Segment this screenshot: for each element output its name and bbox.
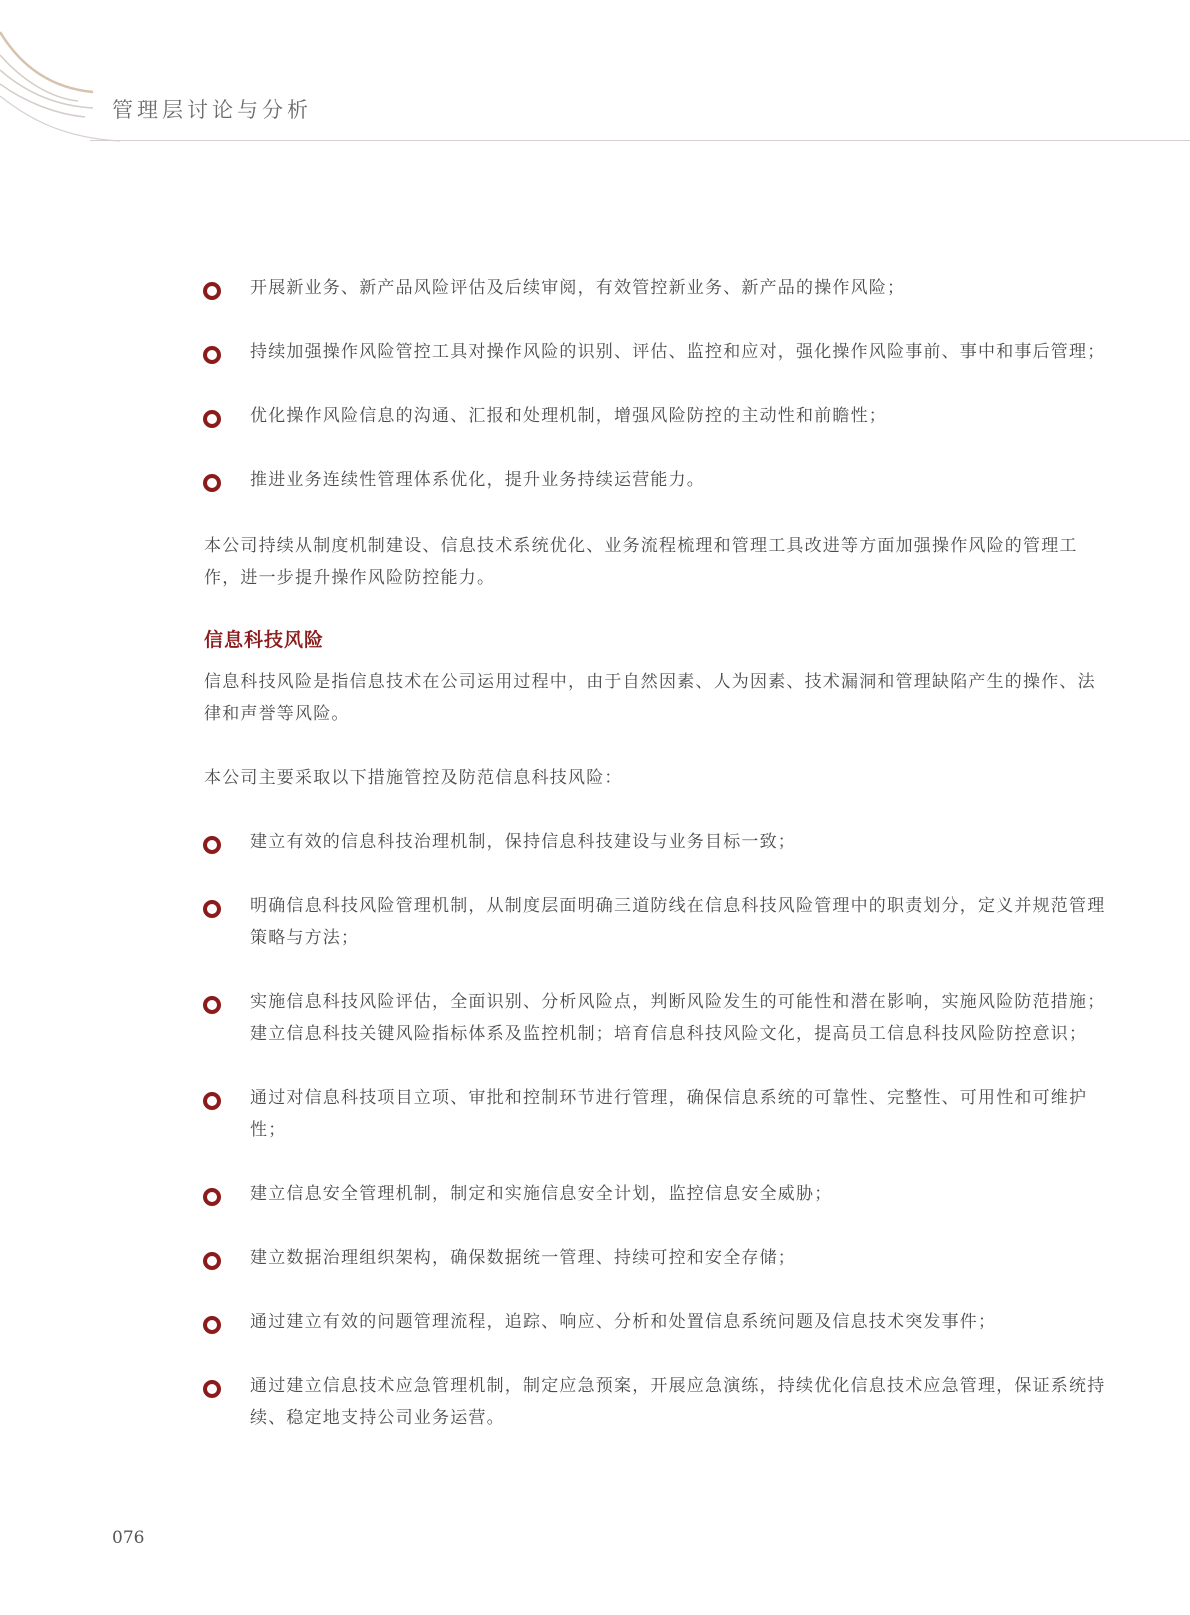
list-item-text: 通过建立信息技术应急管理机制，制定应急预案，开展应急演练，持续优化信息技术应急管…: [250, 1376, 1105, 1428]
list-item-text: 通过对信息科技项目立项、审批和控制环节进行管理，确保信息系统的可靠性、完整性、可…: [250, 1088, 1087, 1140]
list-item-text: 建立信息安全管理机制，制定和实施信息安全计划，监控信息安全威胁；: [250, 1184, 832, 1204]
list-item: 优化操作风险信息的沟通、汇报和处理机制，增强风险防控的主动性和前瞻性；: [204, 400, 1108, 432]
list-item: 开展新业务、新产品风险评估及后续审阅，有效管控新业务、新产品的操作风险；: [204, 272, 1108, 304]
ring-bullet-icon: [203, 996, 221, 1014]
list-item: 建立有效的信息科技治理机制，保持信息科技建设与业务目标一致；: [204, 826, 1108, 858]
ring-bullet-icon: [203, 410, 221, 428]
operational-risk-summary: 本公司持续从制度机制建设、信息技术系统优化、业务流程梳理和管理工具改进等方面加强…: [204, 530, 1108, 594]
ring-bullet-icon: [203, 1316, 221, 1334]
page-number: 076: [112, 1528, 144, 1548]
ring-bullet-icon: [203, 1252, 221, 1270]
list-item-text: 建立有效的信息科技治理机制，保持信息科技建设与业务目标一致；: [250, 832, 796, 852]
ring-bullet-icon: [203, 282, 221, 300]
ring-bullet-icon: [203, 836, 221, 854]
list-item: 实施信息科技风险评估，全面识别、分析风险点，判断风险发生的可能性和潜在影响，实施…: [204, 986, 1108, 1050]
list-item-text: 优化操作风险信息的沟通、汇报和处理机制，增强风险防控的主动性和前瞻性；: [250, 406, 887, 426]
it-risk-definition: 信息科技风险是指信息技术在公司运用过程中，由于自然因素、人为因素、技术漏洞和管理…: [204, 666, 1108, 730]
ring-bullet-icon: [203, 1092, 221, 1110]
list-item-text: 明确信息科技风险管理机制，从制度层面明确三道防线在信息科技风险管理中的职责划分，…: [250, 896, 1105, 948]
it-risk-intro: 本公司主要采取以下措施管控及防范信息科技风险：: [204, 762, 1108, 794]
ring-bullet-icon: [203, 1380, 221, 1398]
list-item-text: 实施信息科技风险评估，全面识别、分析风险点，判断风险发生的可能性和潜在影响，实施…: [250, 992, 1105, 1044]
it-risk-measures-list: 建立有效的信息科技治理机制，保持信息科技建设与业务目标一致； 明确信息科技风险管…: [204, 826, 1108, 1434]
list-item: 通过建立信息技术应急管理机制，制定应急预案，开展应急演练，持续优化信息技术应急管…: [204, 1370, 1108, 1434]
list-item: 建立信息安全管理机制，制定和实施信息安全计划，监控信息安全威胁；: [204, 1178, 1108, 1210]
list-item-text: 通过建立有效的问题管理流程，追踪、响应、分析和处置信息系统问题及信息技术突发事件…: [250, 1312, 996, 1332]
ring-bullet-icon: [203, 346, 221, 364]
list-item-text: 开展新业务、新产品风险评估及后续审阅，有效管控新业务、新产品的操作风险；: [250, 278, 905, 298]
page-content: 开展新业务、新产品风险评估及后续审阅，有效管控新业务、新产品的操作风险； 持续加…: [204, 272, 1108, 1434]
list-item-text: 建立数据治理组织架构，确保数据统一管理、持续可控和安全存储；: [250, 1248, 796, 1268]
list-item-text: 推进业务连续性管理体系优化，提升业务持续运营能力。: [250, 470, 705, 490]
header-divider: [90, 140, 1190, 141]
list-item: 通过建立有效的问题管理流程，追踪、响应、分析和处置信息系统问题及信息技术突发事件…: [204, 1306, 1108, 1338]
list-item: 通过对信息科技项目立项、审批和控制环节进行管理，确保信息系统的可靠性、完整性、可…: [204, 1082, 1108, 1146]
section-header-title: 管理层讨论与分析: [112, 94, 312, 124]
list-item: 持续加强操作风险管控工具对操作风险的识别、评估、监控和应对，强化操作风险事前、事…: [204, 336, 1108, 368]
list-item-text: 持续加强操作风险管控工具对操作风险的识别、评估、监控和应对，强化操作风险事前、事…: [250, 342, 1105, 362]
list-item: 推进业务连续性管理体系优化，提升业务持续运营能力。: [204, 464, 1108, 496]
decorative-arcs-icon: [0, 0, 120, 150]
operational-risk-measures-list: 开展新业务、新产品风险评估及后续审阅，有效管控新业务、新产品的操作风险； 持续加…: [204, 272, 1108, 496]
it-risk-heading: 信息科技风险: [204, 624, 1108, 656]
list-item: 明确信息科技风险管理机制，从制度层面明确三道防线在信息科技风险管理中的职责划分，…: [204, 890, 1108, 954]
ring-bullet-icon: [203, 1188, 221, 1206]
list-item: 建立数据治理组织架构，确保数据统一管理、持续可控和安全存储；: [204, 1242, 1108, 1274]
ring-bullet-icon: [203, 474, 221, 492]
ring-bullet-icon: [203, 900, 221, 918]
